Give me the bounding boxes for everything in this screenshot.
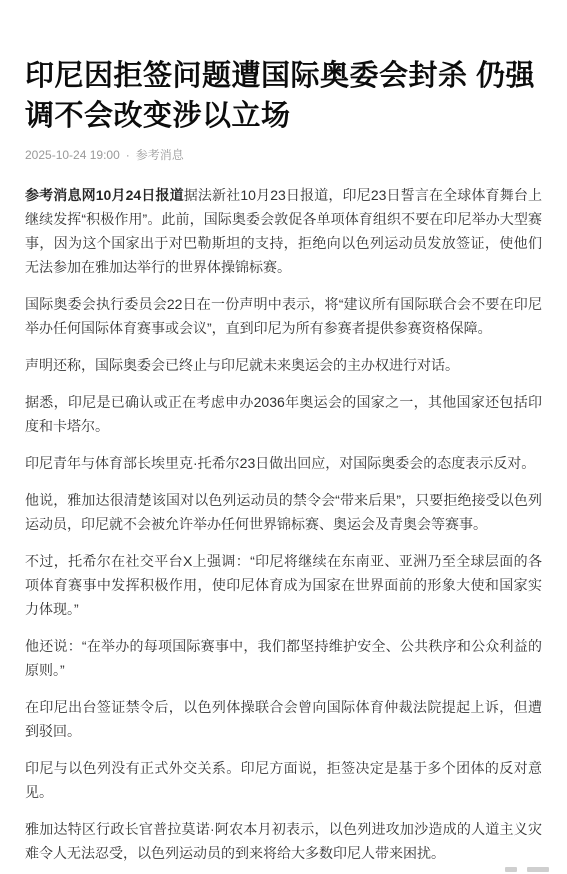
article-paragraph: 据悉，印尼是已确认或正在考虑申办2036年奥运会的国家之一，其他国家还包括印度和… bbox=[25, 390, 542, 438]
article-page: 印尼因拒签问题遭国际奥委会封杀 仍强调不会改变涉以立场 2025-10-24 1… bbox=[0, 56, 567, 865]
paragraph-lead: 参考消息网10月24日报道 bbox=[25, 187, 184, 203]
paragraph-text: 据悉，印尼是已确认或正在考虑申办2036年奥运会的国家之一，其他国家还包括印度和… bbox=[25, 394, 542, 434]
paragraph-text: 不过，托希尔在社交平台X上强调：“印尼将继续在东南亚、亚洲乃至全球层面的各项体育… bbox=[25, 553, 542, 617]
publish-datetime: 2025-10-24 19:00 bbox=[25, 148, 120, 162]
paragraph-text: 雅加达特区行政长官普拉莫诺·阿农本月初表示，以色列进攻加沙造成的人道主义灾难令人… bbox=[25, 821, 542, 861]
article-paragraph: 印尼与以色列没有正式外交关系。印尼方面说，拒签决定是基于多个团体的反对意见。 bbox=[25, 756, 542, 804]
article-paragraph: 声明还称，国际奥委会已终止与印尼就未来奥运会的主办权进行对话。 bbox=[25, 353, 542, 377]
paragraph-text: 他说，雅加达很清楚该国对以色列运动员的禁令会“带来后果”，只要拒绝接受以色列运动… bbox=[25, 492, 542, 532]
paragraph-text: 印尼青年与体育部长埃里克·托希尔23日做出回应，对国际奥委会的态度表示反对。 bbox=[25, 455, 535, 471]
paragraph-text: 他还说：“在举办的每项国际赛事中，我们都坚持维护安全、公共秩序和公众利益的原则。… bbox=[25, 638, 542, 678]
article-title: 印尼因拒签问题遭国际奥委会封杀 仍强调不会改变涉以立场 bbox=[25, 56, 542, 136]
article-paragraph: 雅加达特区行政长官普拉莫诺·阿农本月初表示，以色列进攻加沙造成的人道主义灾难令人… bbox=[25, 817, 542, 865]
article-paragraph: 不过，托希尔在社交平台X上强调：“印尼将继续在东南亚、亚洲乃至全球层面的各项体育… bbox=[25, 549, 542, 621]
article-paragraph: 在印尼出台签证禁令后，以色列体操联合会曾向国际体育仲裁法院提起上诉，但遭到驳回。 bbox=[25, 695, 542, 743]
article-paragraph: 他说，雅加达很清楚该国对以色列运动员的禁令会“带来后果”，只要拒绝接受以色列运动… bbox=[25, 488, 542, 536]
paragraph-text: 在印尼出台签证禁令后，以色列体操联合会曾向国际体育仲裁法院提起上诉，但遭到驳回。 bbox=[25, 699, 542, 739]
paragraph-text: 印尼与以色列没有正式外交关系。印尼方面说，拒签决定是基于多个团体的反对意见。 bbox=[25, 760, 542, 800]
paragraph-text: 声明还称，国际奥委会已终止与印尼就未来奥运会的主办权进行对话。 bbox=[25, 357, 459, 373]
article-paragraph: 印尼青年与体育部长埃里克·托希尔23日做出回应，对国际奥委会的态度表示反对。 bbox=[25, 451, 542, 475]
paragraph-text: 国际奥委会执行委员会22日在一份声明中表示，将“建议所有国际联合会不要在印尼举办… bbox=[25, 296, 542, 336]
cutoff-fragment bbox=[505, 867, 517, 872]
source-name: 参考消息 bbox=[136, 148, 184, 162]
cutoff-fragment bbox=[527, 867, 549, 872]
article-meta: 2025-10-24 19:00·参考消息 bbox=[25, 146, 542, 164]
article-paragraph: 他还说：“在举办的每项国际赛事中，我们都坚持维护安全、公共秩序和公众利益的原则。… bbox=[25, 634, 542, 682]
article-paragraph: 国际奥委会执行委员会22日在一份声明中表示，将“建议所有国际联合会不要在印尼举办… bbox=[25, 292, 542, 340]
article-body: 参考消息网10月24日报道据法新社10月23日报道，印尼23日誓言在全球体育舞台… bbox=[25, 183, 542, 865]
article-paragraph: 参考消息网10月24日报道据法新社10月23日报道，印尼23日誓言在全球体育舞台… bbox=[25, 183, 542, 279]
meta-separator: · bbox=[126, 148, 130, 162]
cutoff-element bbox=[505, 867, 549, 872]
